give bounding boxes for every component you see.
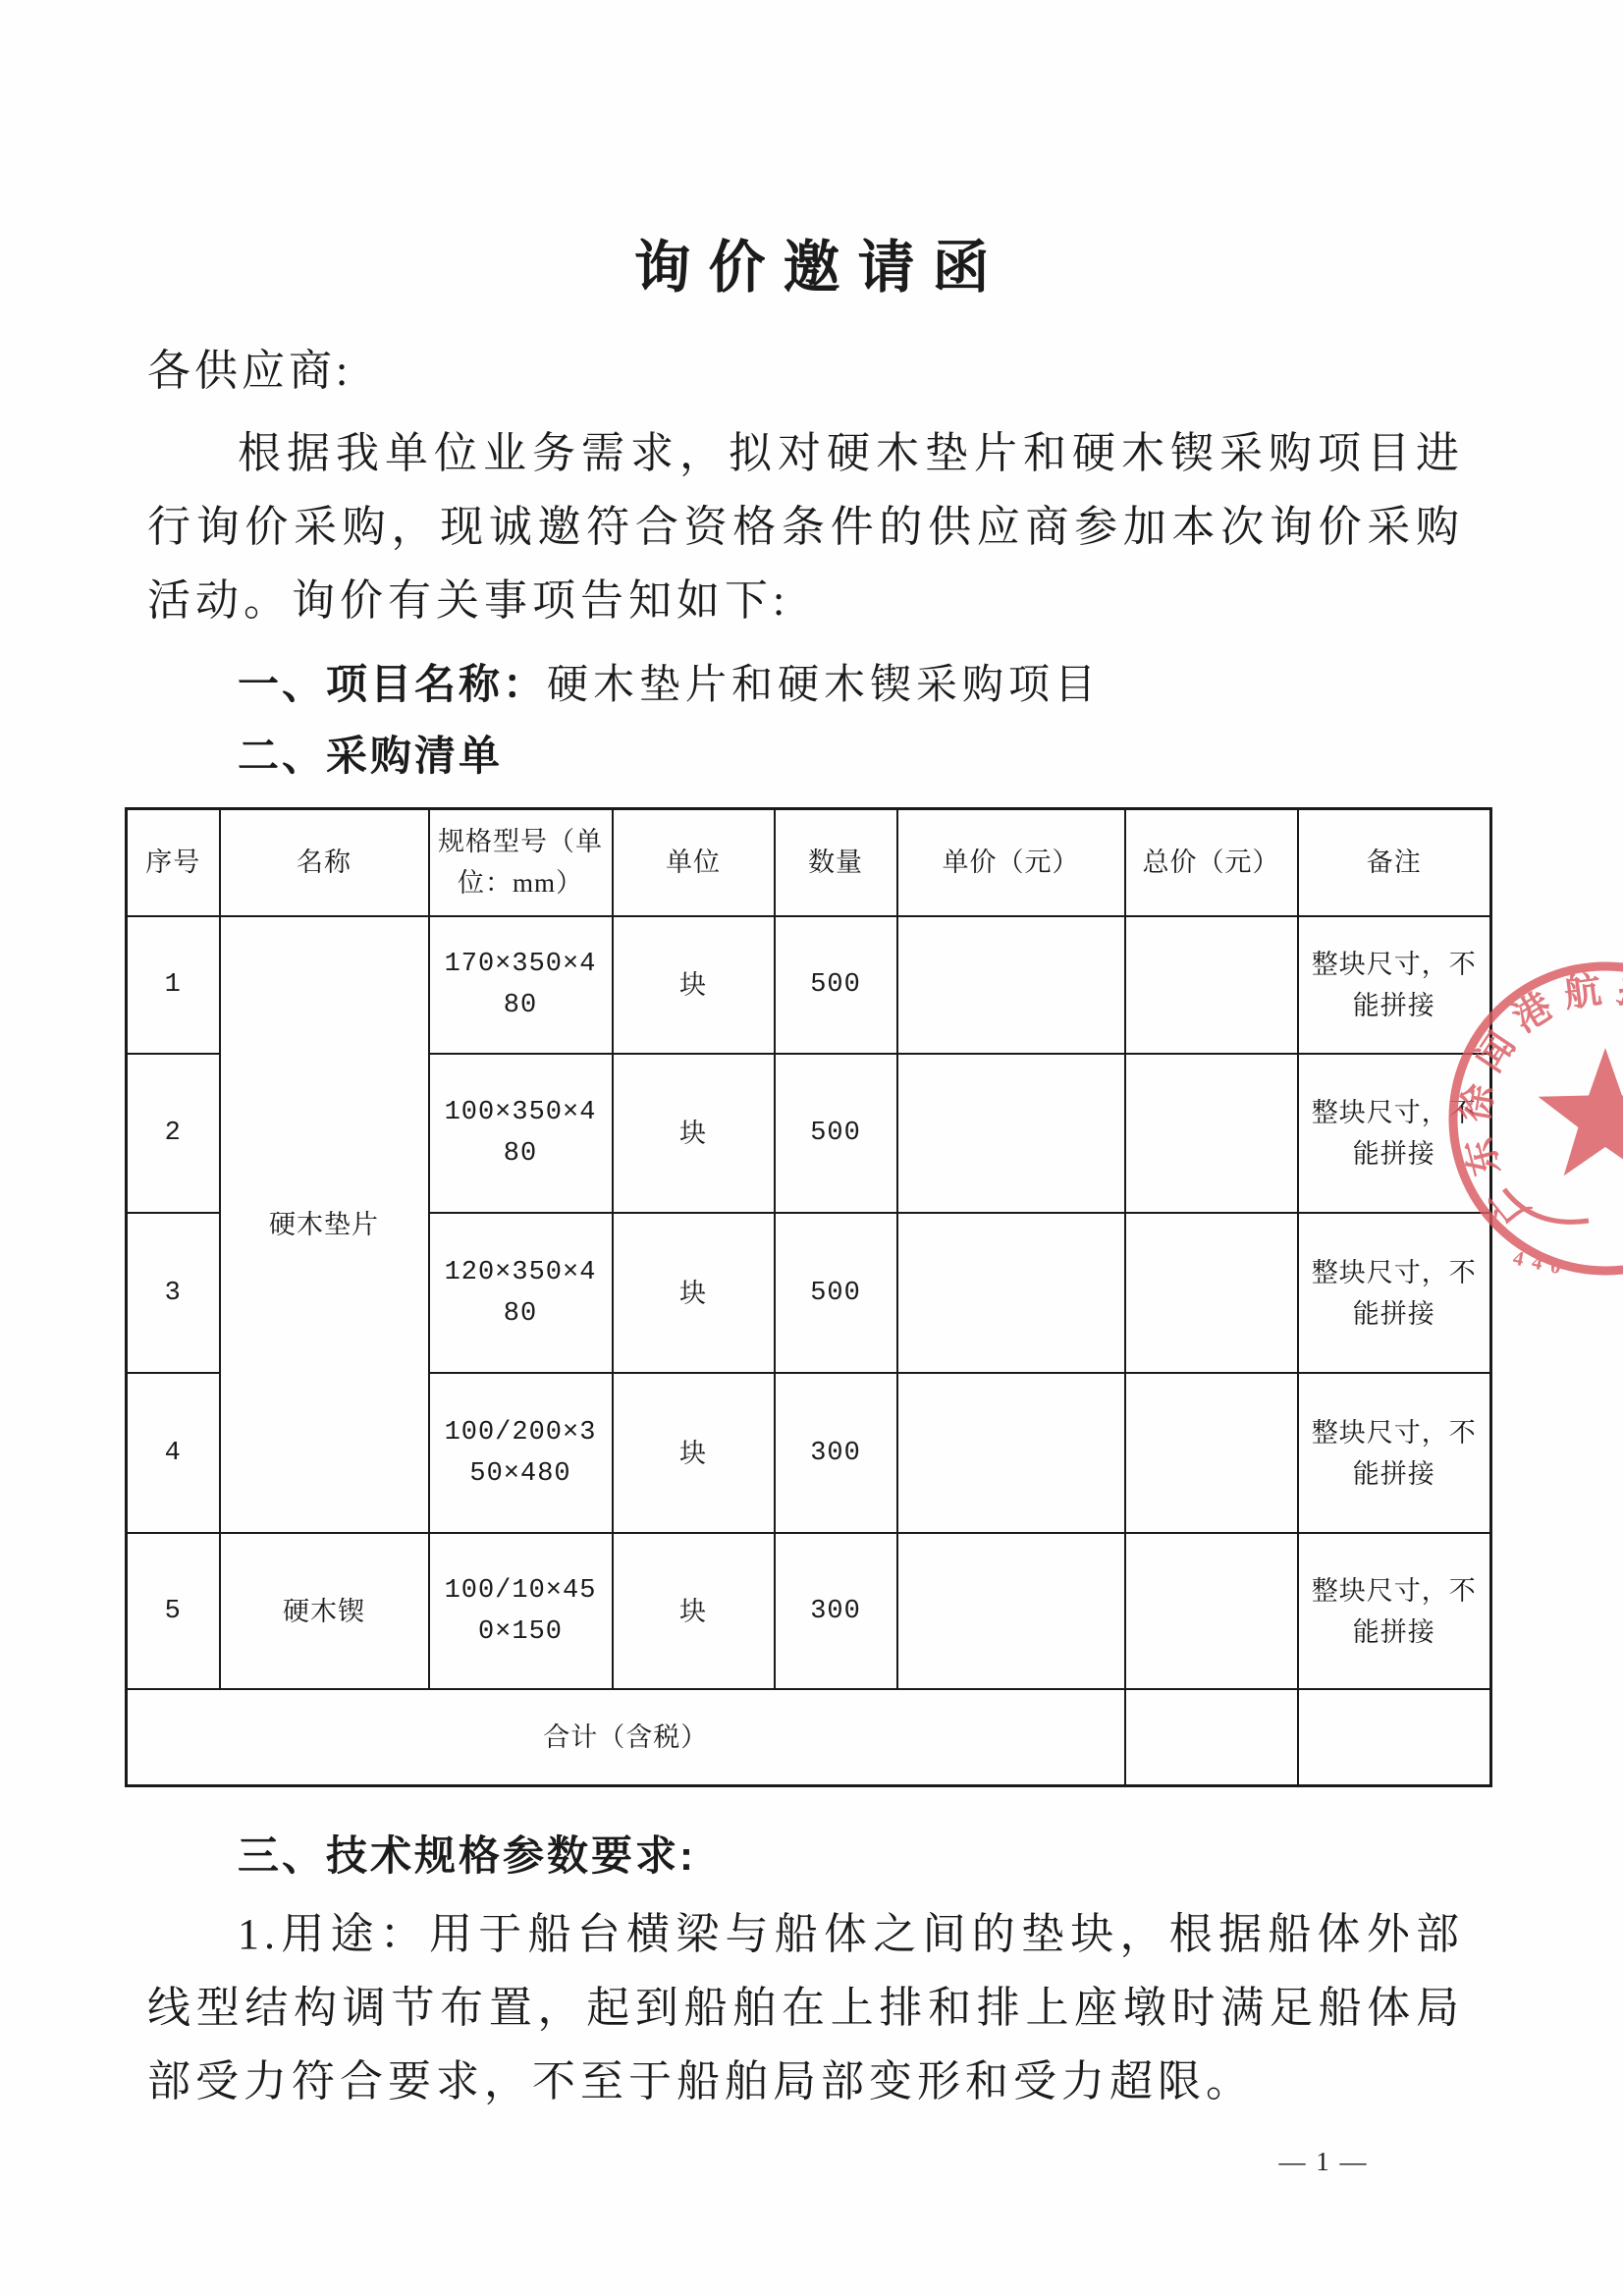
cell-qty: 500 [775,916,897,1054]
column-header-spec: 规格型号（单位：mm） [429,808,613,916]
cell-remark: 整块尺寸，不能拼接 [1298,1373,1491,1533]
spec-paragraph: 1.用途：用于船台横梁与船体之间的垫块，根据船体外部线型结构调节布置，起到船舶在… [147,1897,1464,2118]
cell-no: 5 [127,1533,220,1689]
cell-spec: 170×350×480 [429,916,613,1054]
cell-unit-price [897,1213,1125,1373]
document-title: 询价邀请函 [0,0,1623,302]
cell-name: 硬木锲 [220,1533,429,1689]
cell-spec: 100/10×450×150 [429,1533,613,1689]
cell-qty: 500 [775,1054,897,1213]
column-header-qty: 数量 [775,808,897,916]
section-1-value: 硬木垫片和硬木锲采购项目 [547,663,1101,708]
cell-no: 4 [127,1373,220,1533]
cell-spec: 100×350×480 [429,1054,613,1213]
procurement-table: 序号 名称 规格型号（单位：mm） 单位 数量 单价（元） 总价（元） 备注 1… [125,807,1492,1787]
section-1-label: 一、项目名称： [238,661,547,707]
cell-remark: 整块尺寸，不能拼接 [1298,1054,1491,1213]
total-remark-cell [1298,1689,1491,1785]
section-3-heading: 三、技术规格参数要求: [147,1821,1464,1891]
cell-unit-price [897,1373,1125,1533]
column-header-name: 名称 [220,808,429,916]
cell-unit: 块 [613,916,775,1054]
cell-unit: 块 [613,1054,775,1213]
cell-unit: 块 [613,1373,775,1533]
cell-total-price [1125,1213,1298,1373]
page-number: — 1 — [1245,2147,1402,2177]
table-header-row: 序号 名称 规格型号（单位：mm） 单位 数量 单价（元） 总价（元） 备注 [127,808,1491,916]
column-header-unit: 单位 [613,808,775,916]
section-1-heading: 一、项目名称：硬木垫片和硬木锲采购项目 [147,649,1464,721]
table-row: 5 硬木锲 100/10×450×150 块 300 整块尺寸，不能拼接 [127,1533,1491,1689]
total-label-cell: 合计（含税） [127,1689,1125,1785]
cell-qty: 300 [775,1373,897,1533]
cell-spec: 100/200×350×480 [429,1373,613,1533]
merged-name-cell: 硬木垫片 [220,916,429,1533]
intro-paragraph: 根据我单位业务需求，拟对硬木垫片和硬木锲采购项目进行询价采购，现诚邀符合资格条件… [147,416,1464,637]
total-price-cell [1125,1689,1298,1785]
cell-qty: 300 [775,1533,897,1689]
salutation: 各供应商: [147,342,1464,401]
cell-no: 3 [127,1213,220,1373]
cell-unit: 块 [613,1213,775,1373]
cell-unit: 块 [613,1533,775,1689]
stamp-stroke [1504,1189,1589,1222]
column-header-total-price: 总价（元） [1125,808,1298,916]
cell-spec: 120×350×480 [429,1213,613,1373]
stamp-star [1539,1048,1623,1175]
cell-unit-price [897,1054,1125,1213]
column-header-no: 序号 [127,808,220,916]
document-page: 询价邀请函 各供应商: 根据我单位业务需求，拟对硬木垫片和硬木锲采购项目进行询价… [0,0,1623,2296]
column-header-unit-price: 单价（元） [897,808,1125,916]
cell-unit-price [897,1533,1125,1689]
cell-remark: 整块尺寸，不能拼接 [1298,1213,1491,1373]
section-2-heading: 二、采购清单 [147,721,1464,792]
cell-remark: 整块尺寸，不能拼接 [1298,916,1491,1054]
cell-total-price [1125,1533,1298,1689]
cell-total-price [1125,1054,1298,1213]
cell-no: 2 [127,1054,220,1213]
cell-total-price [1125,916,1298,1054]
cell-total-price [1125,1373,1298,1533]
table-row: 1 硬木垫片 170×350×480 块 500 整块尺寸，不能拼接 [127,916,1491,1054]
column-header-remark: 备注 [1298,808,1491,916]
stamp-code: 440 [1511,1245,1572,1281]
cell-qty: 500 [775,1213,897,1373]
cell-no: 1 [127,916,220,1054]
total-row: 合计（含税） [127,1689,1491,1785]
cell-unit-price [897,916,1125,1054]
cell-remark: 整块尺寸，不能拼接 [1298,1533,1491,1689]
